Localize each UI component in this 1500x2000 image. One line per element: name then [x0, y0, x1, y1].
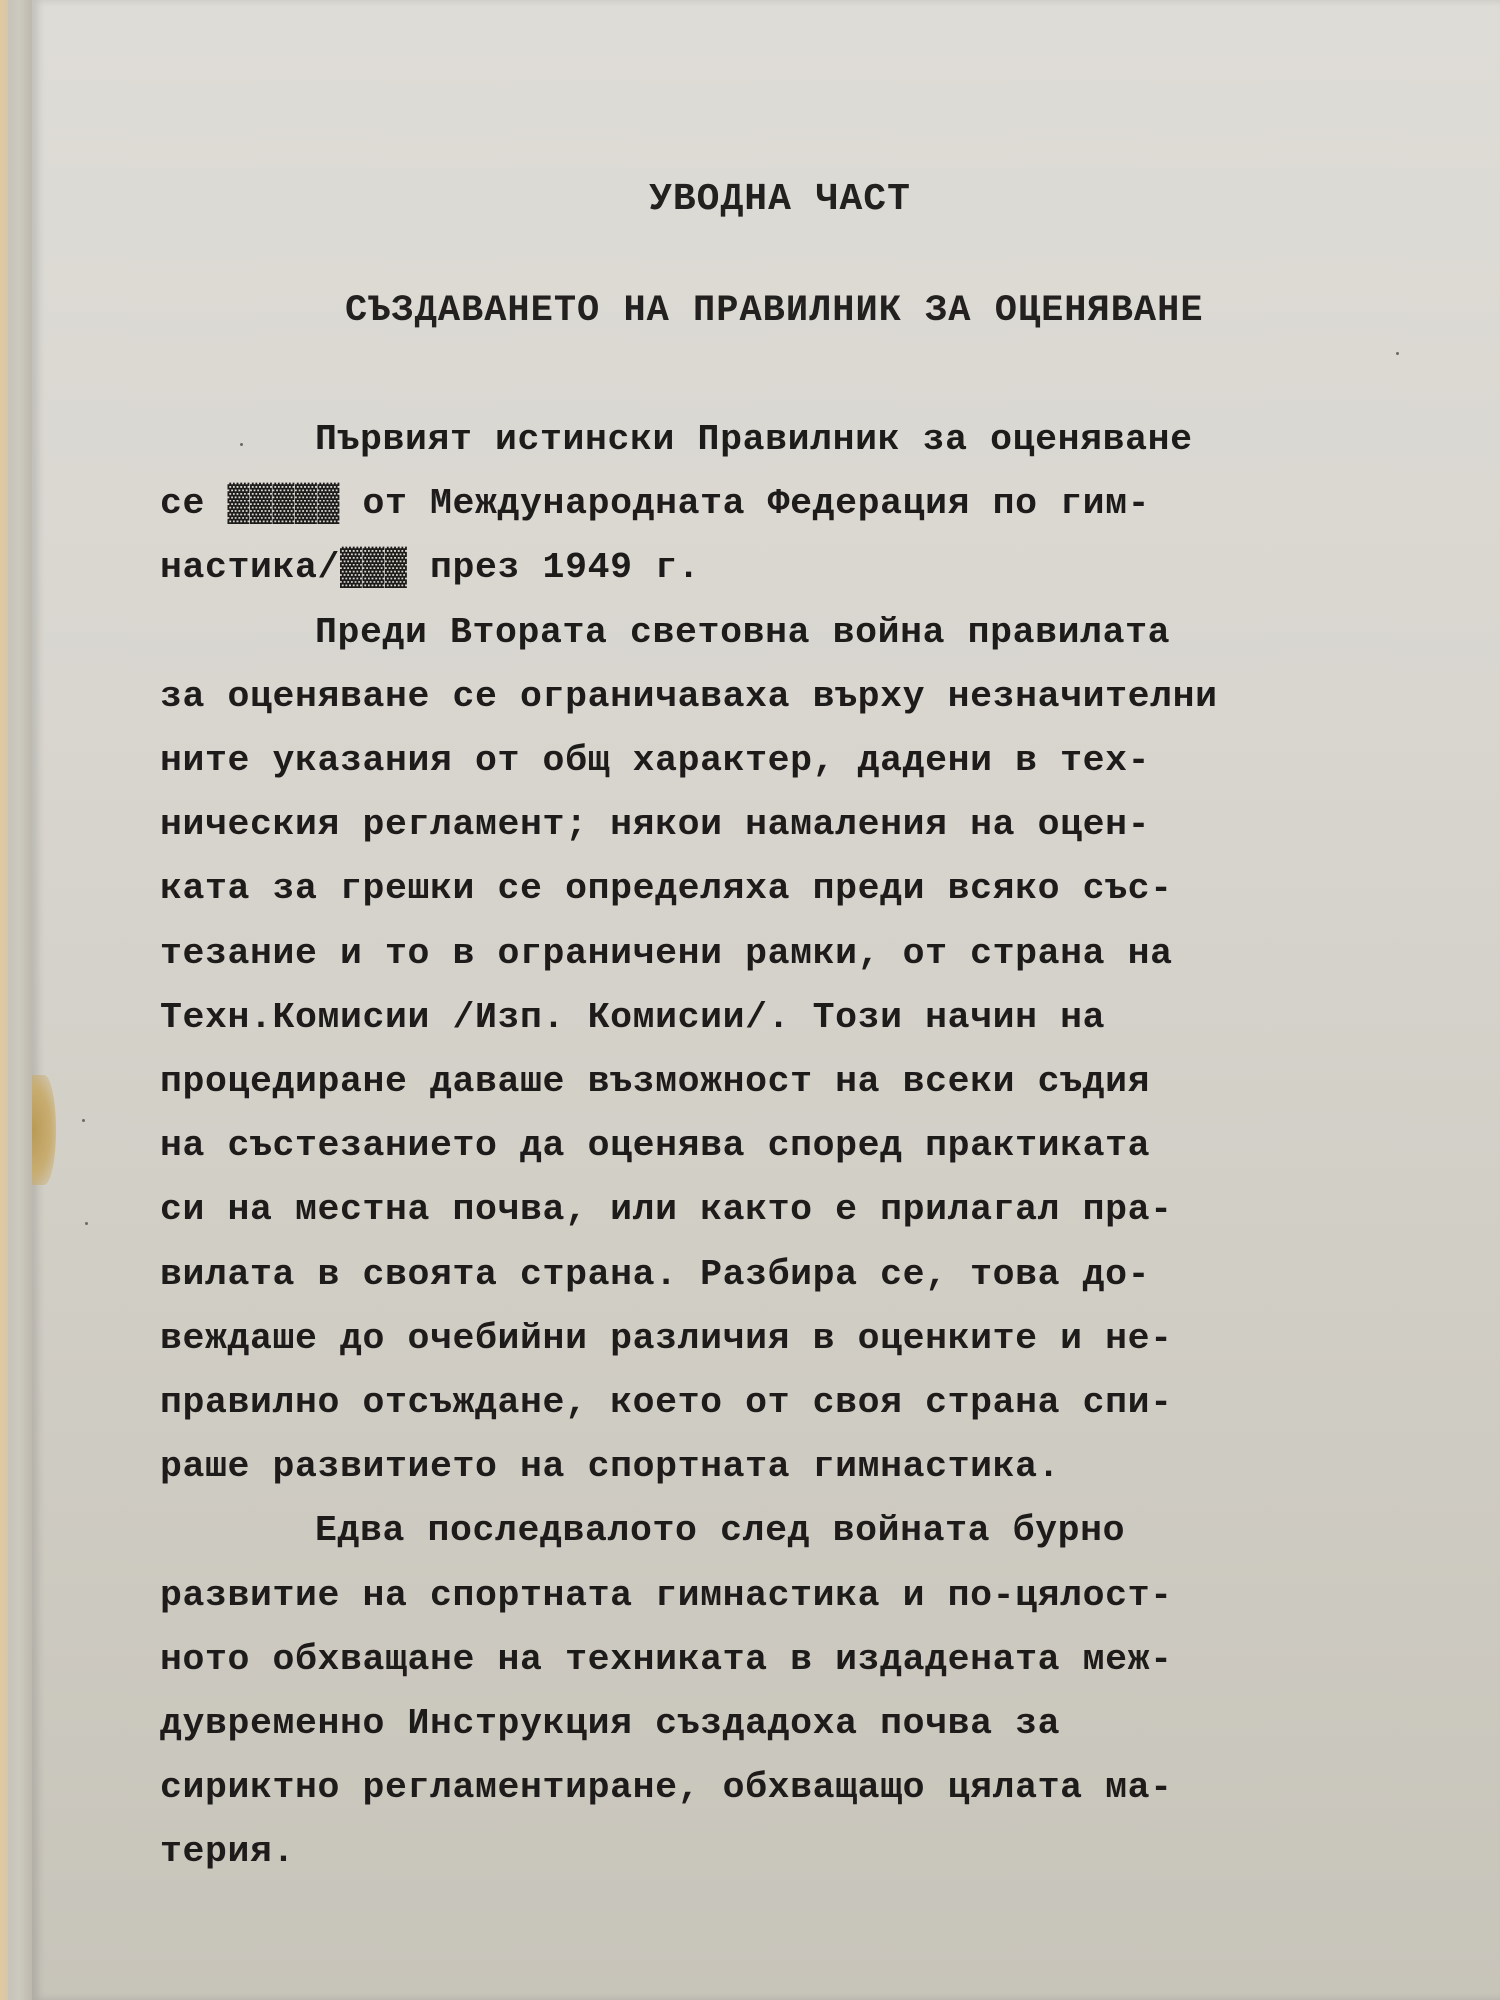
text-line: ните указания от общ характер, дадени в … [160, 729, 1420, 793]
paper-speck [82, 1119, 85, 1122]
text-line: за оценяване се ограничаваха върху незна… [160, 665, 1420, 729]
document-body: Първият истински Правилник за оценяванес… [160, 408, 1420, 1885]
text-line: на състезанието да оценява според практи… [160, 1114, 1420, 1178]
text-line: си на местна почва, или както е прилагал… [160, 1178, 1420, 1242]
document-subtitle: СЪЗДАВАНЕТО НА ПРАВИЛНИК ЗА ОЦЕНЯВАНЕ [345, 290, 1204, 332]
text-line: Техн.Комисии /Изп. Комисии/. Този начин … [160, 986, 1420, 1050]
text-line: процедиране даваше възможност на всеки с… [160, 1050, 1420, 1114]
text-line: терия. [160, 1820, 1420, 1884]
paper-speck [85, 1222, 88, 1225]
text-line: правилно отсъждане, което от своя страна… [160, 1371, 1420, 1435]
text-line: сириктно регламентиране, обхващащо цялат… [160, 1756, 1420, 1820]
text-line: ното обхващане на техниката в издадената… [160, 1628, 1420, 1692]
text-line: раше развитието на спортната гимнастика. [160, 1435, 1420, 1499]
paper-speck [1396, 352, 1399, 355]
text-line: Преди Втората световна война правилата [160, 601, 1420, 665]
paper-speck [240, 443, 243, 446]
left-page-strip [0, 0, 8, 2000]
text-line: развитие на спортната гимнастика и по-ця… [160, 1564, 1420, 1628]
text-line: се ▓▓▓▓▓ от Международната Федерация по … [160, 472, 1420, 536]
text-line: настика/▓▓▓ през 1949 г. [160, 536, 1420, 600]
paper-stain [32, 1075, 56, 1185]
document-title: УВОДНА ЧАСТ [0, 178, 1500, 221]
text-line: ническия регламент; някои намаления на о… [160, 793, 1420, 857]
text-line: ката за грешки се определяха преди всяко… [160, 857, 1420, 921]
text-line: дувременно Инструкция създадоха почва за [160, 1692, 1420, 1756]
text-line: вилата в своята страна. Разбира се, това… [160, 1243, 1420, 1307]
text-line: тезание и то в ограничени рамки, от стра… [160, 922, 1420, 986]
text-line: веждаше до очебийни различия в оценките … [160, 1307, 1420, 1371]
text-line: Първият истински Правилник за оценяване [160, 408, 1420, 472]
text-line: Едва последвалото след войната бурно [160, 1499, 1420, 1563]
